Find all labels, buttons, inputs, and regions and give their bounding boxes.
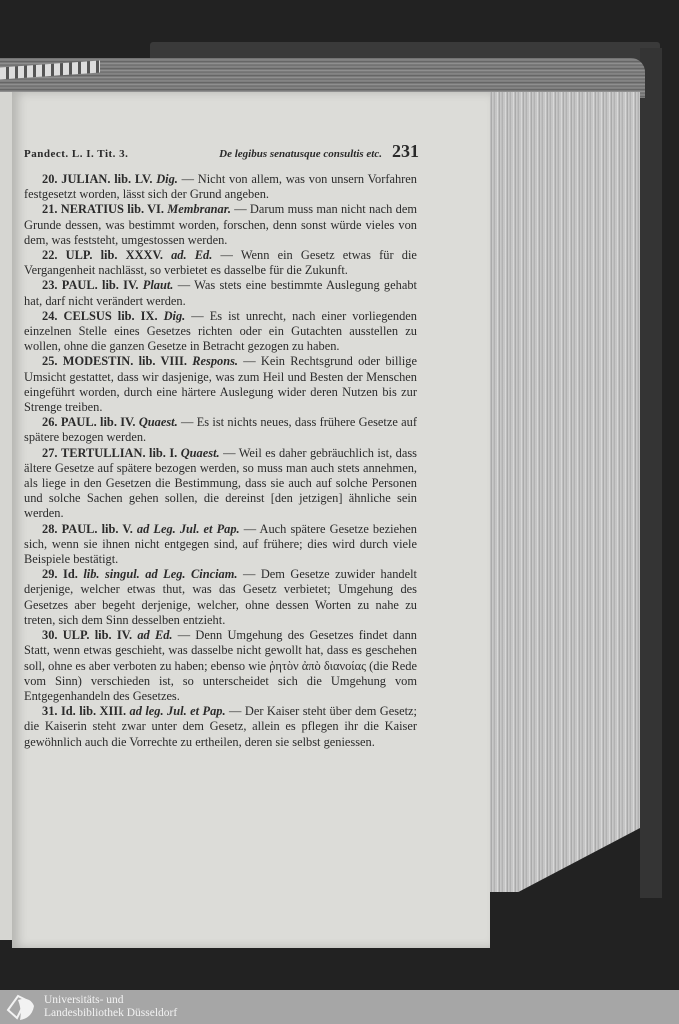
page-number: 231: [392, 141, 419, 162]
law-entry: 26. PAUL. lib. IV. Quaest. — Es ist nich…: [24, 415, 417, 445]
law-entry: 20. JULIAN. lib. LV. Dig. — Nicht von al…: [24, 172, 417, 202]
book-page: Pandect. L. I. Tit. 3. De legibus senatu…: [12, 92, 490, 948]
law-entry: 28. PAUL. lib. V. ad Leg. Jul. et Pap. —…: [24, 522, 417, 568]
library-footer: Universitäts- und Landesbibliothek Düsse…: [0, 990, 679, 1024]
law-entry: 29. Id. lib. singul. ad Leg. Cinciam. — …: [24, 567, 417, 628]
law-entry: 24. CELSUS lib. IX. Dig. — Es ist unrech…: [24, 309, 417, 355]
page-body: 20. JULIAN. lib. LV. Dig. — Nicht von al…: [24, 172, 417, 750]
law-entry: 23. PAUL. lib. IV. Plaut. — Was stets ei…: [24, 278, 417, 308]
law-entry: 27. TERTULLIAN. lib. I. Quaest. — Weil e…: [24, 446, 417, 522]
running-header: Pandect. L. I. Tit. 3. De legibus senatu…: [24, 141, 419, 162]
law-entry: 31. Id. lib. XIII. ad leg. Jul. et Pap. …: [24, 704, 417, 750]
header-section: Pandect. L. I. Tit. 3.: [24, 148, 128, 160]
header-title: De legibus senatusque consultis etc.: [136, 148, 392, 160]
law-entry: 25. MODESTIN. lib. VIII. Respons. — Kein…: [24, 354, 417, 415]
library-name: Universitäts- und Landesbibliothek Düsse…: [44, 994, 177, 1020]
book-logo-icon: [4, 990, 38, 1024]
law-entry: 30. ULP. lib. IV. ad Ed. — Denn Umgehung…: [24, 628, 417, 704]
law-entry: 22. ULP. lib. XXXV. ad. Ed. — Wenn ein G…: [24, 248, 417, 278]
law-entry: 21. NERATIUS lib. VI. Membranar. — Darum…: [24, 202, 417, 248]
book-fore-edge: [488, 92, 640, 892]
book-cover-right: [640, 48, 662, 898]
